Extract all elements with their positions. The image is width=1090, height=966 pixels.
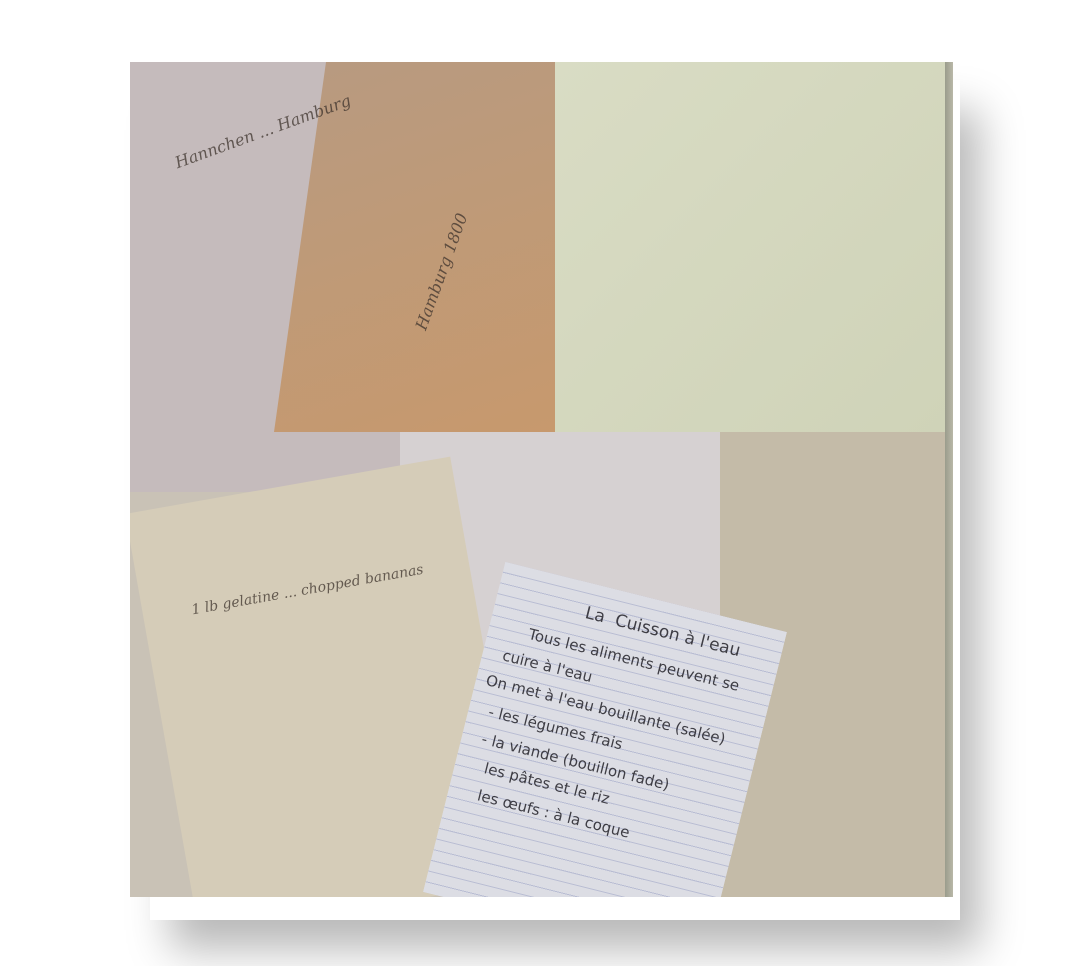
green-letter [555, 62, 945, 432]
canvas-edge [945, 62, 953, 897]
canvas-print: La Cuisson à l'eau Tous les aliments peu… [130, 62, 945, 897]
